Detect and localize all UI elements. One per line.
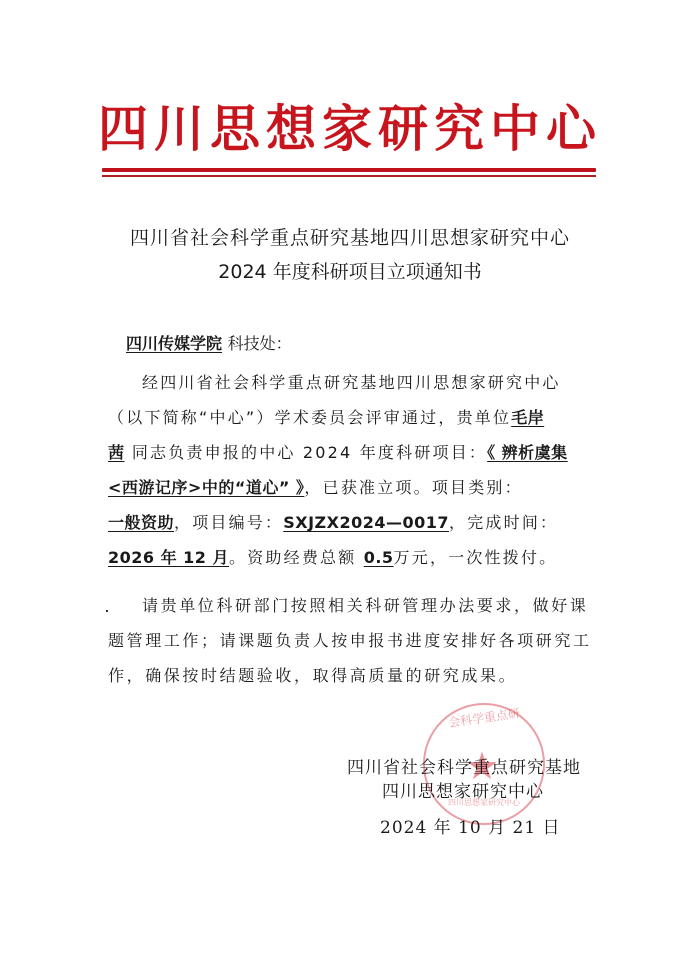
body-paragraph-2: 请贵单位科研部门按照相关科研管理办法要求，做好课 题管理工作；请课题负责人按申报… bbox=[108, 588, 603, 693]
body-line: 茜 同志负责申报的中心 2024 年度科研项目：《 辨析虞集 bbox=[108, 435, 603, 470]
addressee-dept: 科技处： bbox=[228, 334, 292, 353]
body-line: 一般资助，项目编号：SXJZX2024—0017，完成时间： bbox=[108, 505, 603, 540]
body-text: ，项目编号： bbox=[174, 513, 283, 532]
body-line: 2026 年 12 月。资助经费总额 0.5万元，一次性拨付。 bbox=[108, 540, 603, 575]
funding-amount: 0.5 bbox=[364, 548, 394, 567]
project-title-part1: 《 辨析虞集 bbox=[487, 443, 568, 462]
addressee: 四川传媒学院 科技处： bbox=[126, 331, 292, 357]
body-line: 作，确保按时结题验收，取得高质量的研究成果。 bbox=[108, 658, 603, 693]
letterhead-rule-thick bbox=[102, 168, 596, 172]
project-category: 一般资助 bbox=[108, 513, 174, 532]
seal-arc-text: 会科学重点研 bbox=[438, 703, 529, 732]
project-code: SXJZX2024—0017 bbox=[283, 513, 449, 532]
body-paragraph-1: 经四川省社会科学重点研究基地四川思想家研究中心 （以下简称“中心”）学术委员会评… bbox=[108, 365, 603, 575]
body-text: （以下简称“中心”）学术委员会评审通过，贵单位 bbox=[108, 408, 511, 427]
body-text: 万元，一次性拨付。 bbox=[394, 548, 558, 567]
document-title-line2: 2024 年度科研项目立项通知书 bbox=[0, 258, 700, 286]
letterhead-title: 四川思想家研究中心 bbox=[0, 94, 700, 164]
body-line: 题管理工作；请课题负责人按申报书进度安排好各项研究工 bbox=[108, 623, 603, 658]
project-title-part2: <西游记序>中的“道心” 》 bbox=[108, 478, 304, 497]
body-line: <西游记序>中的“道心” 》，已获准立项。项目类别： bbox=[108, 470, 603, 505]
body-text: 。资助经费总额 bbox=[229, 548, 364, 567]
body-line: 请贵单位科研部门按照相关科研管理办法要求，做好课 bbox=[108, 588, 603, 623]
signature-org-line2: 四川思想家研究中心 bbox=[382, 779, 544, 805]
signature-org-line1: 四川省社会科学重点研究基地 bbox=[347, 755, 581, 781]
body-line: （以下简称“中心”）学术委员会评审通过，贵单位毛岸 bbox=[108, 400, 603, 435]
addressee-unit: 四川传媒学院 bbox=[126, 334, 222, 353]
signature-date: 2024 年 10 月 21 日 bbox=[380, 815, 561, 841]
body-text: ，完成时间： bbox=[449, 513, 558, 532]
document-title-line1: 四川省社会科学重点研究基地四川思想家研究中心 bbox=[0, 224, 700, 252]
body-line: 经四川省社会科学重点研究基地四川思想家研究中心 bbox=[108, 365, 603, 400]
leader-name-part2: 茜 bbox=[108, 443, 125, 462]
leader-name-part1: 毛岸 bbox=[511, 408, 544, 427]
completion-date: 2026 年 12 月 bbox=[108, 548, 229, 567]
body-text: ，已获准立项。项目类别： bbox=[304, 478, 522, 497]
letterhead-rule-thin bbox=[102, 175, 596, 177]
body-text: 同志负责申报的中心 2024 年度科研项目： bbox=[132, 443, 487, 462]
